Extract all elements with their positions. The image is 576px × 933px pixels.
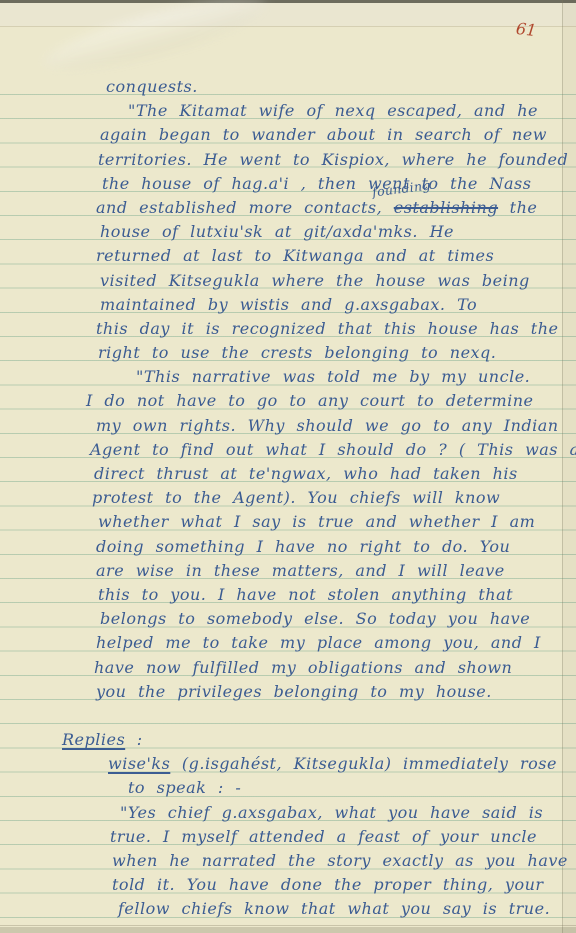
handwritten-line: direct thrust at te'ngwax, who had taken… — [0, 462, 576, 486]
handwritten-line-with-correction: and established more contacts, establish… — [0, 196, 576, 220]
manuscript-text: conquests. "The Kitamat wife of nexq esc… — [0, 75, 576, 922]
struck-word: establishing — [394, 198, 498, 217]
replies-heading-colon: : — [125, 730, 142, 749]
manuscript-page: 61 conquests. "The Kitamat wife of nexq … — [0, 0, 576, 933]
handwritten-line: again began to wander about in search of… — [0, 123, 576, 147]
handwritten-line: true. I myself attended a feast of your … — [0, 825, 576, 849]
handwritten-line: protest to the Agent). You chiefs will k… — [0, 486, 576, 510]
handwritten-line: whether what I say is true and whether I… — [0, 510, 576, 534]
speaker-name: wise'ks — [108, 754, 170, 773]
handwritten-line: "The Kitamat wife of nexq escaped, and h… — [0, 99, 576, 123]
handwritten-line: visited Kitsegukla where the house was b… — [0, 269, 576, 293]
handwritten-line: "This narrative was told me by my uncle. — [0, 365, 576, 389]
handwritten-line: helped me to take my place among you, an… — [0, 631, 576, 655]
page-number: 61 — [515, 19, 537, 40]
replies-heading: Replies — [62, 730, 125, 749]
handwritten-line: doing something I have no right to do. Y… — [0, 535, 576, 559]
page-top-band — [0, 3, 576, 27]
handwritten-line: "Yes chief g.axsgabax, what you have sai… — [0, 801, 576, 825]
handwritten-line: territories. He went to Kispiox, where h… — [0, 148, 576, 172]
handwritten-line: maintained by wistis and g.axsgabax. To — [0, 293, 576, 317]
handwritten-line: conquests. — [0, 75, 576, 99]
handwritten-line: returned at last to Kitwanga and at time… — [0, 244, 576, 268]
handwritten-line: this to you. I have not stolen anything … — [0, 583, 576, 607]
speaker-detail: (g.isgahést, Kitsegukla) immediately ros… — [170, 754, 557, 773]
replies-heading-line: Replies : — [0, 728, 576, 752]
speaker-line: wise'ks (g.isgahést, Kitsegukla) immedia… — [0, 752, 576, 776]
handwritten-line: I do not have to go to any court to dete… — [0, 389, 576, 413]
handwritten-line: this day it is recognized that this hous… — [0, 317, 576, 341]
handwritten-line: fellow chiefs know that what you say is … — [0, 897, 576, 921]
handwritten-line: you the privileges belonging to my house… — [0, 680, 576, 704]
bottom-edge-line — [0, 925, 576, 926]
handwritten-line: right to use the crests belonging to nex… — [0, 341, 576, 365]
handwritten-line: to speak : - — [0, 776, 576, 800]
handwritten-line: my own rights. Why should we go to any I… — [0, 414, 576, 438]
handwritten-line: are wise in these matters, and I will le… — [0, 559, 576, 583]
handwritten-line: Agent to find out what I should do ? ( T… — [0, 438, 576, 462]
handwritten-line: the house of hag.a'i , then went to the … — [0, 172, 576, 196]
handwritten-line: belongs to somebody else. So today you h… — [0, 607, 576, 631]
blank-line — [0, 704, 576, 728]
correction-pre-text: and established more contacts, — [96, 198, 394, 217]
handwritten-line: house of lutxiu'sk at git/axda'mks. He — [0, 220, 576, 244]
correction-post-text: the — [498, 198, 537, 217]
bottom-edge-shadow — [0, 927, 576, 933]
handwritten-line: have now fulfilled my obligations and sh… — [0, 656, 576, 680]
handwritten-line: when he narrated the story exactly as yo… — [0, 849, 576, 873]
handwritten-line: told it. You have done the proper thing,… — [0, 873, 576, 897]
